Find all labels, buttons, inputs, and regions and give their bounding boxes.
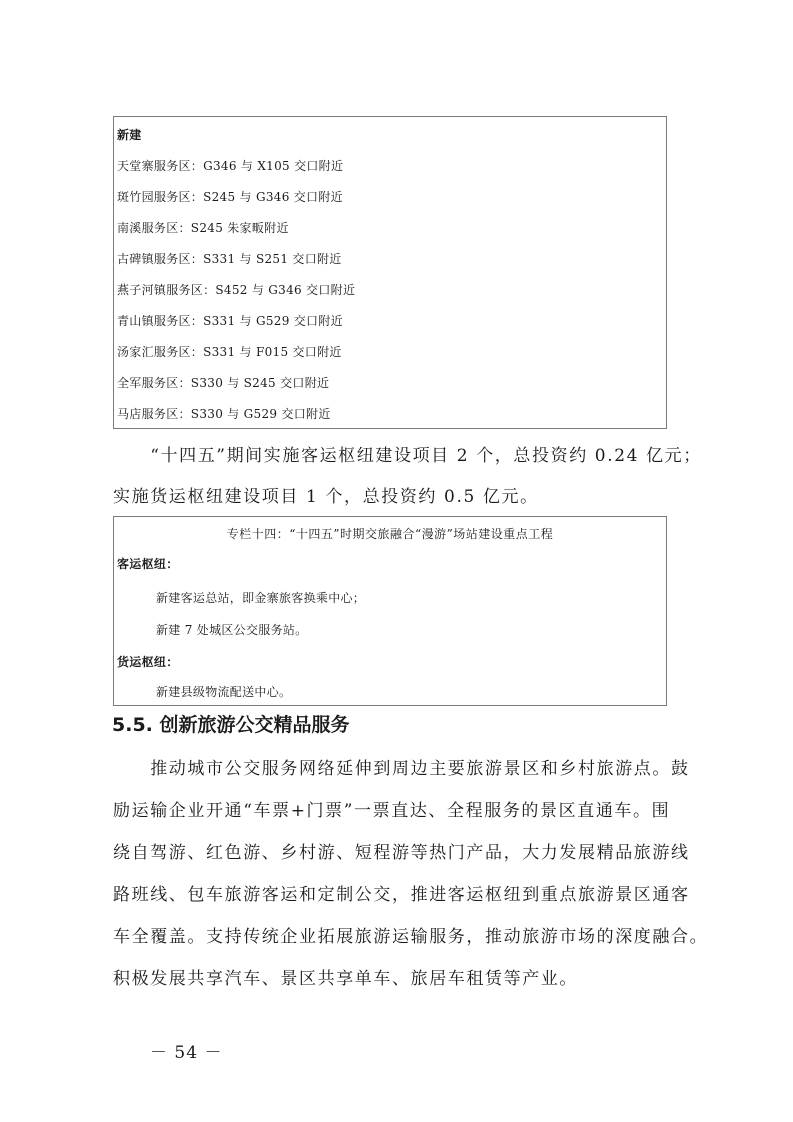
paragraph-line: 励运输企业开通“车票+门票”一票直达、全程服务的景区直通车。围 bbox=[113, 796, 683, 821]
list-item: 马店服务区：S330 与 G529 交口附近 bbox=[117, 405, 331, 422]
paragraph-line: 车全覆盖。支持传统企业拓展旅游运输服务，推动旅游市场的深度融合。 bbox=[113, 922, 683, 947]
list-item: 新建 7 处城区公交服务站。 bbox=[156, 621, 307, 638]
passenger-hub-heading: 客运枢纽： bbox=[117, 555, 179, 572]
paragraph-line: “十四五”期间实施客运枢纽建设项目 2 个，总投资约 0.24 亿元； bbox=[113, 441, 683, 466]
paragraph-line: 绕自驾游、红色游、乡村游、短程游等热门产品，大力发展精品旅游线 bbox=[113, 838, 683, 863]
section-heading: 5.5. 创新旅游公交精品服务 bbox=[112, 710, 350, 737]
list-item: 斑竹园服务区：S245 与 G346 交口附近 bbox=[117, 188, 343, 205]
paragraph-line: 积极发展共享汽车、景区共享单车、旅居车租赁等产业。 bbox=[113, 964, 683, 989]
freight-hub-heading: 货运枢纽： bbox=[117, 653, 179, 670]
service-area-table: 新建 天堂寨服务区：G346 与 X105 交口附近 斑竹园服务区：S245 与… bbox=[113, 116, 667, 429]
feature-column-box: 专栏十四：“十四五”时期交旅融合“漫游”场站建设重点工程 客运枢纽： 新建客运总… bbox=[113, 516, 667, 706]
list-item: 天堂寨服务区：G346 与 X105 交口附近 bbox=[117, 157, 343, 174]
list-item: 古碑镇服务区：S331 与 S251 交口附近 bbox=[117, 250, 342, 267]
list-item: 燕子河镇服务区：S452 与 G346 交口附近 bbox=[117, 281, 355, 298]
list-item: 新建县级物流配送中心。 bbox=[156, 683, 291, 700]
list-item: 全军服务区：S330 与 S245 交口附近 bbox=[117, 374, 329, 391]
paragraph-line: 路班线、包车旅游客运和定制公交，推进客运枢纽到重点旅游景区通客 bbox=[113, 880, 683, 905]
list-item: 青山镇服务区：S331 与 G529 交口附近 bbox=[117, 312, 343, 329]
list-item: 新建客运总站，即金寨旅客换乘中心； bbox=[156, 589, 365, 606]
table-heading: 新建 bbox=[117, 126, 142, 143]
page-number: － 54 － bbox=[150, 1038, 222, 1063]
paragraph-line: 推动城市公交服务网络延伸到周边主要旅游景区和乡村旅游点。鼓 bbox=[113, 754, 683, 779]
box-title: 专栏十四：“十四五”时期交旅融合“漫游”场站建设重点工程 bbox=[114, 525, 666, 542]
list-item: 南溪服务区：S245 朱家畈附近 bbox=[117, 219, 289, 236]
paragraph-line: 实施货运枢纽建设项目 1 个，总投资约 0.5 亿元。 bbox=[113, 482, 683, 507]
list-item: 汤家汇服务区：S331 与 F015 交口附近 bbox=[117, 343, 342, 360]
